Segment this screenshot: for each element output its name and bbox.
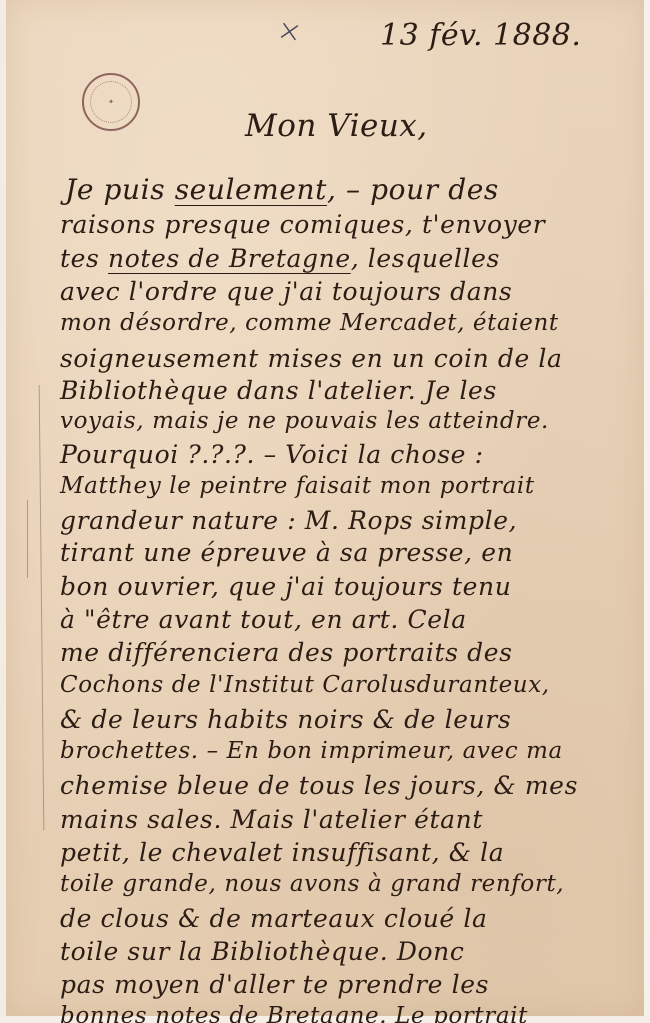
- letter-line: chemise bleue de tous les jours, & mes: [60, 771, 578, 800]
- letter-line: Je puis seulement, – pour des: [65, 173, 499, 206]
- letter-line: mon désordre, comme Mercadet, étaient: [60, 310, 559, 336]
- letter-line: Matthey le peintre faisait mon portrait: [60, 473, 535, 499]
- letter-line: raisons presque comiques, t'envoyer: [60, 210, 545, 239]
- underlined-phrase: notes de Bretagne: [108, 244, 351, 273]
- letter-line: toile grande, nous avons à grand renfort…: [60, 871, 564, 897]
- letter-line: pas moyen d'aller te prendre les: [60, 970, 489, 999]
- letter-line: grandeur nature : M. Rops simple,: [60, 506, 517, 535]
- letter-line: tirant une épreuve à sa presse, en: [60, 538, 513, 567]
- letter-line: voyais, mais je ne pouvais les atteindre…: [60, 408, 549, 434]
- letter-date: 13 fév. 1888.: [380, 18, 581, 53]
- paper-edge-right: [644, 0, 650, 1023]
- letter-line: Cochons de l'Institut Carolusduranteux,: [60, 672, 550, 698]
- letter-line: bon ouvrier, que j'ai toujours tenu: [60, 572, 511, 601]
- underlined-word: seulement: [175, 173, 327, 206]
- letter-line: toile sur la Bibliothèque. Donc: [60, 937, 464, 966]
- letter-line: à "être avant tout, en art. Cela: [60, 605, 467, 634]
- line-text: Je puis: [65, 173, 175, 206]
- letter-line: brochettes. – En bon imprimeur, avec ma: [60, 738, 563, 764]
- letter-line: soigneusement mises en un coin de la: [60, 344, 563, 373]
- salutation: Mon Vieux,: [245, 108, 428, 144]
- letter-line: Bibliothèque dans l'atelier. Je les: [60, 376, 497, 405]
- line-text: , – pour des: [327, 173, 499, 206]
- letter-line: mains sales. Mais l'atelier étant: [60, 805, 483, 834]
- stamp-center: ✦: [90, 81, 132, 123]
- letter-line: petit, le chevalet insuffisant, & la: [60, 838, 504, 867]
- library-stamp-icon: ✦: [82, 73, 140, 131]
- letter-line: me différenciera des portraits des: [60, 638, 513, 667]
- letter-line: & de leurs habits noirs & de leurs: [60, 705, 511, 734]
- line-text: , lesquelles: [351, 244, 500, 273]
- line-text: tes: [60, 244, 108, 273]
- letter-line: Pourquoi ?.?.?. – Voici la chose :: [60, 440, 484, 469]
- margin-pencil-line-short: [27, 500, 28, 578]
- letter-line: tes notes de Bretagne, lesquelles: [60, 244, 500, 273]
- letter-line: bonnes notes de Bretagne. Le portrait: [60, 1003, 528, 1023]
- letter-line: avec l'ordre que j'ai toujours dans: [60, 277, 512, 306]
- letter-line: de clous & de marteaux cloué la: [60, 904, 487, 933]
